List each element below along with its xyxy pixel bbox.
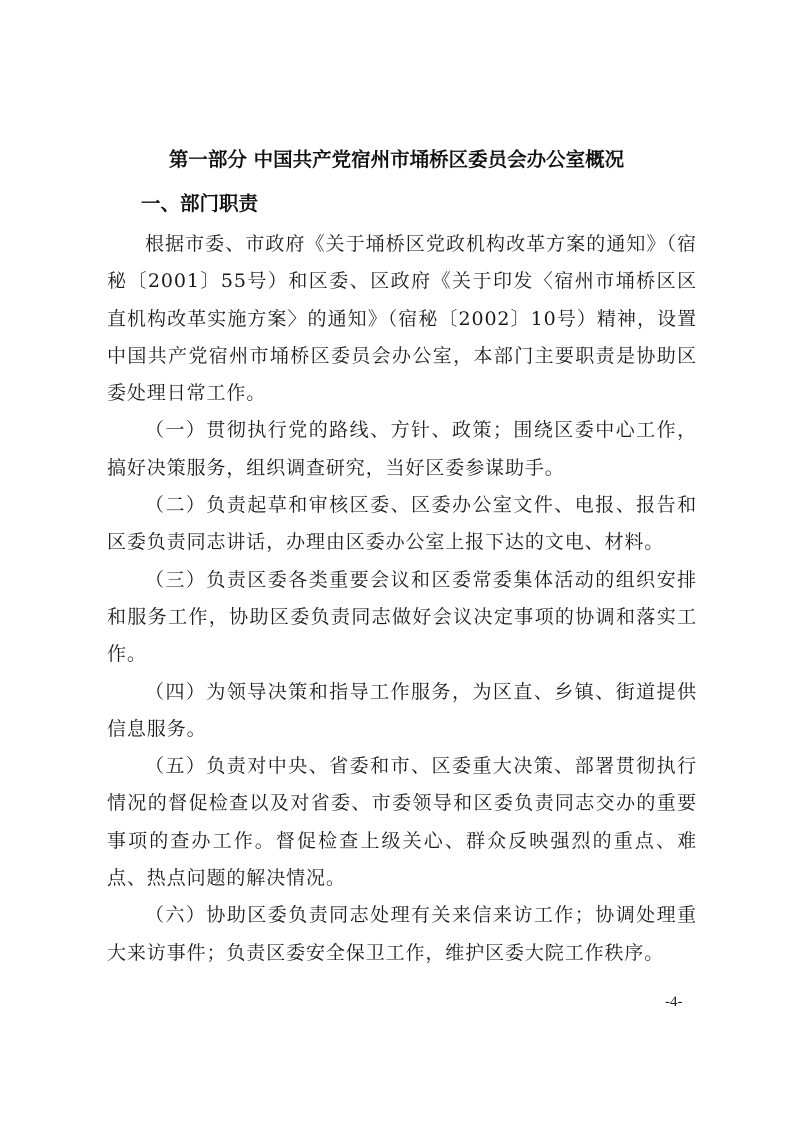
paragraph-duty-5: （五）负责对中央、省委和市、区委重大决策、部署贯彻执行情况的督促检查以及对省委、… (107, 748, 697, 897)
paragraph-duty-4: （四）为领导决策和指导工作服务，为区直、乡镇、街道提供信息服务。 (107, 674, 697, 749)
paragraph-duty-1: （一）贯彻执行党的路线、方针、政策；围绕区委中心工作，搞好决策服务，组织调查研究… (107, 412, 697, 487)
paragraph-duty-6: （六）协助区委负责同志处理有关来信来访工作；协调处理重大来访事件；负责区委安全保… (107, 897, 697, 972)
page-number: -4- (665, 994, 683, 1011)
paragraph-duty-2: （二）负责起草和审核区委、区委办公室文件、电报、报告和区委负责同志讲话，办理由区… (107, 487, 697, 562)
document-page: 第一部分 中国共产党宿州市埇桥区委员会办公室概况 一、部门职责 根据市委、市政府… (0, 0, 793, 1122)
paragraph-duty-3: （三）负责区委各类重要会议和区委常委集体活动的组织安排和服务工作，协助区委负责同… (107, 562, 697, 674)
document-body: 根据市委、市政府《关于埇桥区党政机构改革方案的通知》（宿秘〔2001〕55号）和… (107, 226, 697, 972)
section-heading: 一、部门职责 (141, 188, 258, 216)
part-title: 第一部分 中国共产党宿州市埇桥区委员会办公室概况 (0, 144, 793, 172)
paragraph-intro: 根据市委、市政府《关于埇桥区党政机构改革方案的通知》（宿秘〔2001〕55号）和… (107, 226, 697, 412)
